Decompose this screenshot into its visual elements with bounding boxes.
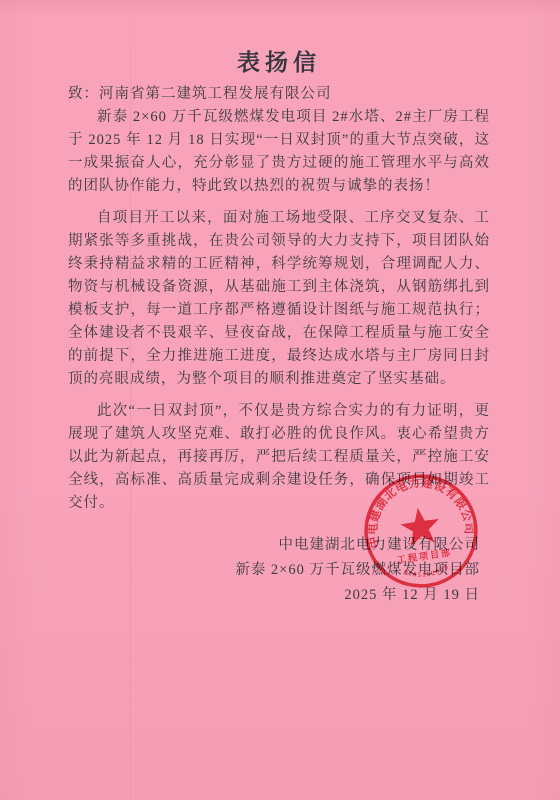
letter-page: 表扬信 致：河南省第二建筑工程发展有限公司 新泰 2×60 万千瓦级燃煤发电项目… [0, 0, 560, 800]
paragraph-3: 此次“一日双封顶”，不仅是贵方综合实力的有力证明，更展现了建筑人攻坚克难、敢打必… [68, 400, 490, 515]
paragraph-2: 自项目开工以来，面对施工场地受限、工序交叉复杂、工期紧张等多重挑战，在贵公司领导… [68, 207, 490, 391]
letter-title: 表扬信 [68, 48, 490, 78]
letter-content: 表扬信 致：河南省第二建筑工程发展有限公司 新泰 2×60 万千瓦级燃煤发电项目… [0, 0, 560, 608]
signature-company: 中电建湖北电力建设有限公司 [68, 533, 480, 558]
signature-department: 新泰 2×60 万千瓦级燃煤发电项目部 [68, 558, 480, 583]
signature-block: 中电建湖北电力建设有限公司 新泰 2×60 万千瓦级燃煤发电项目部 2025 年… [68, 533, 490, 608]
paragraph-1: 新泰 2×60 万千瓦级燃煤发电项目 2#水塔、2#主厂房工程于 2025 年 … [68, 106, 490, 198]
recipient-line: 致：河南省第二建筑工程发展有限公司 [68, 84, 490, 104]
signature-date: 2025 年 12 月 19 日 [68, 583, 480, 608]
